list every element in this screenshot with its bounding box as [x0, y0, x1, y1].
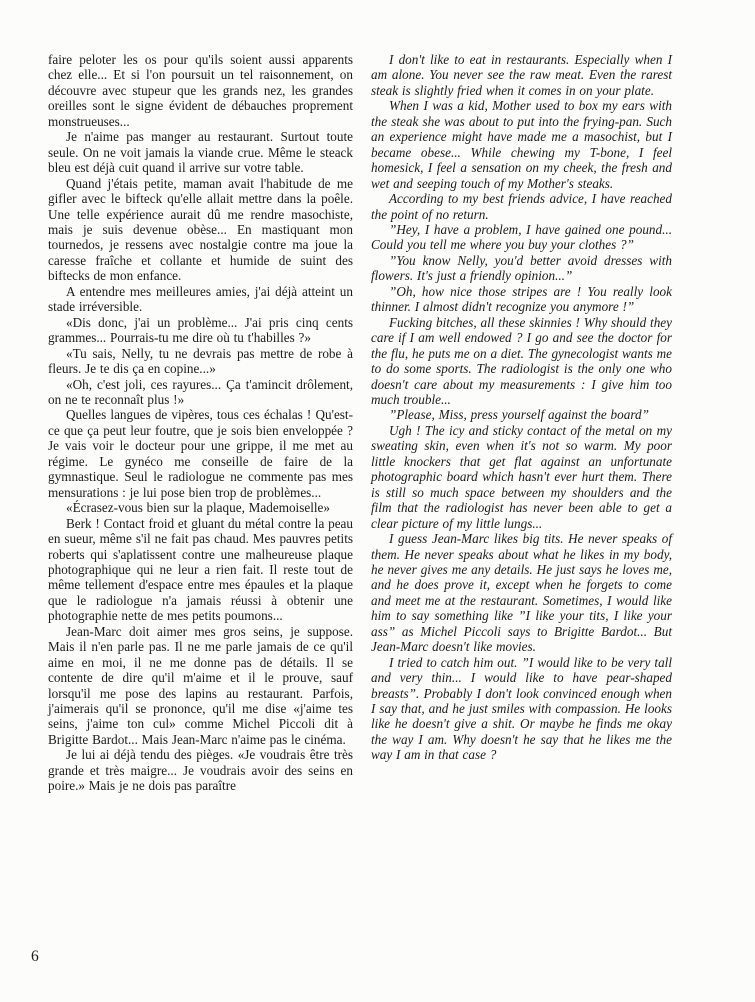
- paragraph: A entendre mes meilleures amies, j'ai dé…: [48, 284, 353, 315]
- paragraph: According to my best friends advice, I h…: [371, 191, 672, 222]
- english-translation-column: I don't like to eat in restaurants. Espe…: [371, 52, 672, 763]
- paragraph: I tried to catch him out. ”I would like …: [371, 655, 672, 763]
- paragraph: Fucking bitches, all these skinnies ! Wh…: [371, 315, 672, 408]
- paragraph: «Oh, c'est joli, ces rayures... Ça t'ami…: [48, 377, 353, 408]
- paragraph: Quand j'étais petite, maman avait l'habi…: [48, 176, 353, 284]
- paragraph: I guess Jean-Marc likes big tits. He nev…: [371, 531, 672, 655]
- paragraph: Je lui ai déjà tendu des pièges. «Je vou…: [48, 747, 353, 793]
- paragraph: Je n'aime pas manger au restaurant. Surt…: [48, 129, 353, 175]
- paragraph: faire peloter les os pour qu'ils soient …: [48, 52, 353, 129]
- paragraph: «Écrasez-vous bien sur la plaque, Mademo…: [48, 500, 353, 515]
- paragraph: When I was a kid, Mother used to box my …: [371, 98, 672, 191]
- paragraph: I don't like to eat in restaurants. Espe…: [371, 52, 672, 98]
- paragraph: «Tu sais, Nelly, tu ne devrais pas mettr…: [48, 346, 353, 377]
- paragraph: Berk ! Contact froid et gluant du métal …: [48, 516, 353, 624]
- page-number: 6: [31, 948, 39, 966]
- paragraph: «Dis donc, j'ai un problème... J'ai pris…: [48, 315, 353, 346]
- paragraph: Ugh ! The icy and sticky contact of the …: [371, 423, 672, 531]
- french-text-column: faire peloter les os pour qu'ils soient …: [48, 52, 353, 794]
- paragraph: ”Hey, I have a problem, I have gained on…: [371, 222, 672, 253]
- paragraph: ”Oh, how nice those stripes are ! You re…: [371, 284, 672, 315]
- paragraph: Quelles langues de vipères, tous ces éch…: [48, 407, 353, 500]
- paragraph: Jean-Marc doit aimer mes gros seins, je …: [48, 624, 353, 748]
- book-page: faire peloter les os pour qu'ils soient …: [0, 0, 755, 1002]
- paragraph: ”Please, Miss, press yourself against th…: [371, 407, 672, 422]
- paragraph: ”You know Nelly, you'd better avoid dres…: [371, 253, 672, 284]
